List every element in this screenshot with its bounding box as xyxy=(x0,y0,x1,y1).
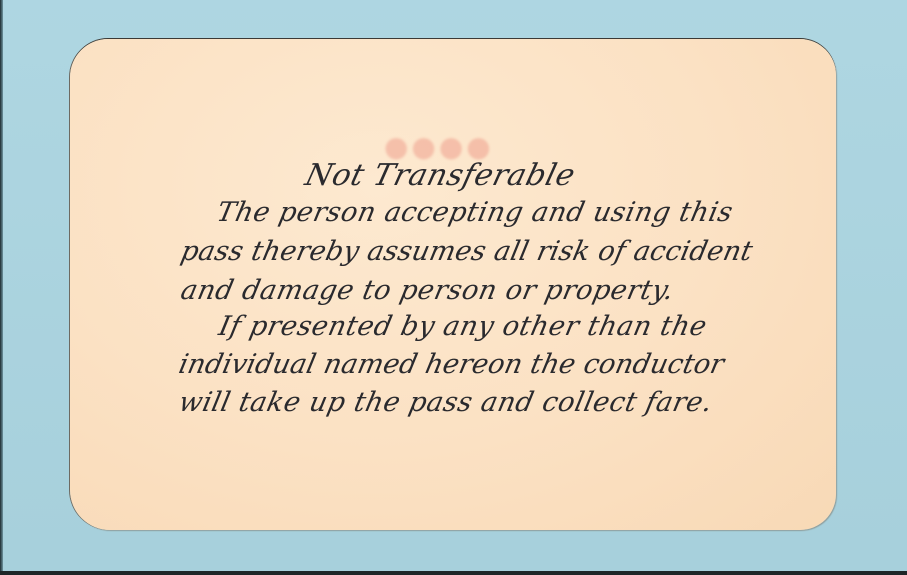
paragraph-2-line-2: individual named hereon the conductor xyxy=(176,349,727,380)
paragraph-2-line-1: If presented by any other than the xyxy=(216,311,710,342)
paragraph-1-line-3: and damage to person or property. xyxy=(178,275,677,306)
paragraph-1-line-1: The person accepting and using this xyxy=(214,197,736,228)
card-title: Not Transferable xyxy=(302,158,579,193)
paragraph-2-line-3: will take up the pass and collect fare. xyxy=(176,387,715,418)
card-text: Not Transferable The person accepting an… xyxy=(0,0,907,575)
paragraph-1-line-2: pass thereby assumes all risk of acciden… xyxy=(178,236,756,267)
